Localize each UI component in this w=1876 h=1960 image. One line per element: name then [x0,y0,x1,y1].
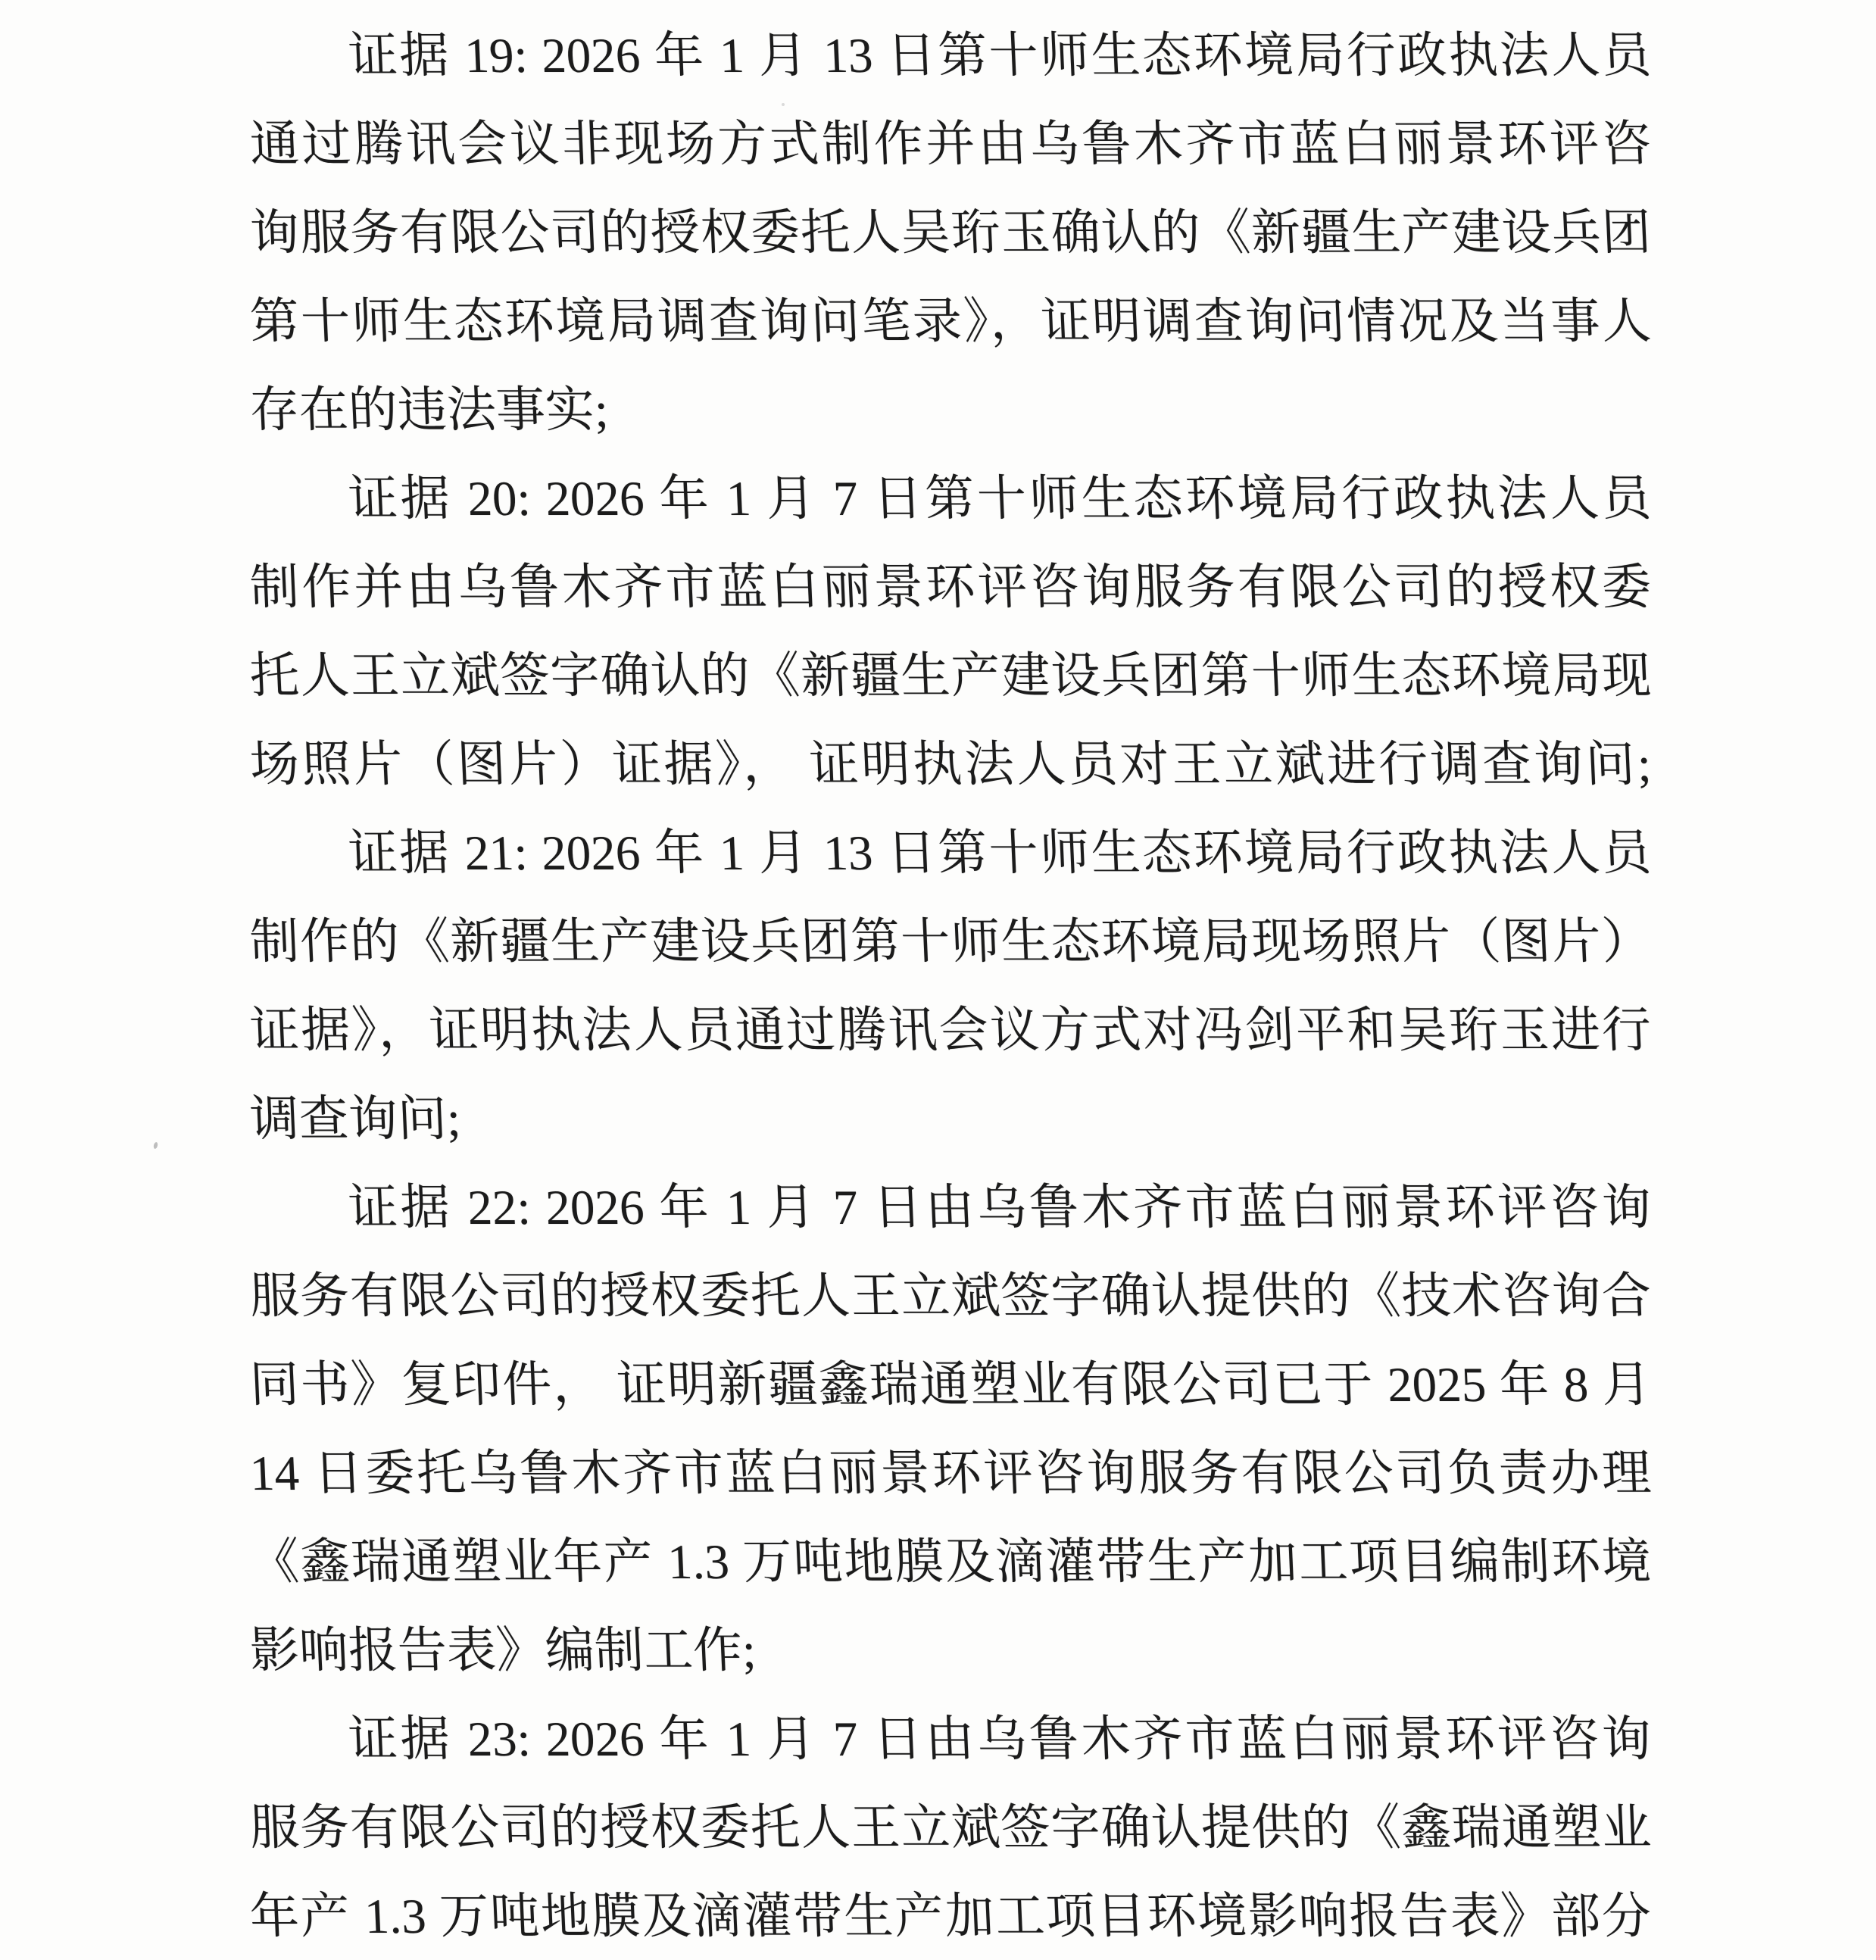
document-line: 场照片（图片）证据》， 证明执法人员对王立斌进行调查询问; [248,721,1653,810]
document-line: 影响报告表》编制工作; [248,1607,1653,1696]
document-line: 通过腾讯会议非现场方式制作并由乌鲁木齐市蓝白丽景环评咨 [248,101,1653,189]
document-line: 证据 22: 2026 年 1 月 7 日由乌鲁木齐市蓝白丽景环评咨询 [248,1164,1653,1253]
document-line: 证据 23: 2026 年 1 月 7 日由乌鲁木齐市蓝白丽景环评咨询 [248,1696,1653,1784]
document-line: 《鑫瑞通塑业年产 1.3 万吨地膜及滴灌带生产加工项目编制环境 [248,1518,1653,1607]
document-line: 证据 20: 2026 年 1 月 7 日第十师生态环境局行政执法人员 [248,455,1653,544]
document-line: 第十师生态环境局调查询问笔录》，证明调查询问情况及当事人 [248,278,1653,367]
document-line: 调查询问; [248,1075,1653,1164]
document-line: 制作并由乌鲁木齐市蓝白丽景环评咨询服务有限公司的授权委 [248,544,1653,632]
document-line: 制作的《新疆生产建设兵团第十师生态环境局现场照片（图片） [248,898,1653,987]
document-line: 存在的违法事实; [248,367,1653,455]
document-line: 询服务有限公司的授权委托人吴珩玉确认的《新疆生产建设兵团 [248,189,1653,278]
document-line: 服务有限公司的授权委托人王立斌签字确认提供的《鑫瑞通塑业 [248,1784,1653,1873]
document-page: 证据 19: 2026 年 1 月 13 日第十师生态环境局行政执法人员 通过腾… [0,0,1876,1960]
scan-speck [782,103,785,106]
document-line: 14 日委托乌鲁木齐市蓝白丽景环评咨询服务有限公司负责办理 [248,1430,1653,1518]
document-line: 同书》复印件， 证明新疆鑫瑞通塑业有限公司已于 2025 年 8 月 [248,1341,1653,1430]
page-text-block: 证据 19: 2026 年 1 月 13 日第十师生态环境局行政执法人员 通过腾… [250,12,1651,1960]
document-line: 托人王立斌签字确认的《新疆生产建设兵团第十师生态环境局现 [248,632,1653,721]
scan-speck [153,1142,158,1150]
document-line: 证据》，证明执法人员通过腾讯会议方式对冯剑平和吴珩玉进行 [248,987,1653,1075]
document-line: 证据 19: 2026 年 1 月 13 日第十师生态环境局行政执法人员 [248,12,1653,101]
document-line: 证据 21: 2026 年 1 月 13 日第十师生态环境局行政执法人员 [248,810,1653,898]
document-line: 年产 1.3 万吨地膜及滴灌带生产加工项目环境影响报告表》部分 [248,1873,1653,1960]
document-line: 服务有限公司的授权委托人王立斌签字确认提供的《技术咨询合 [248,1253,1653,1341]
